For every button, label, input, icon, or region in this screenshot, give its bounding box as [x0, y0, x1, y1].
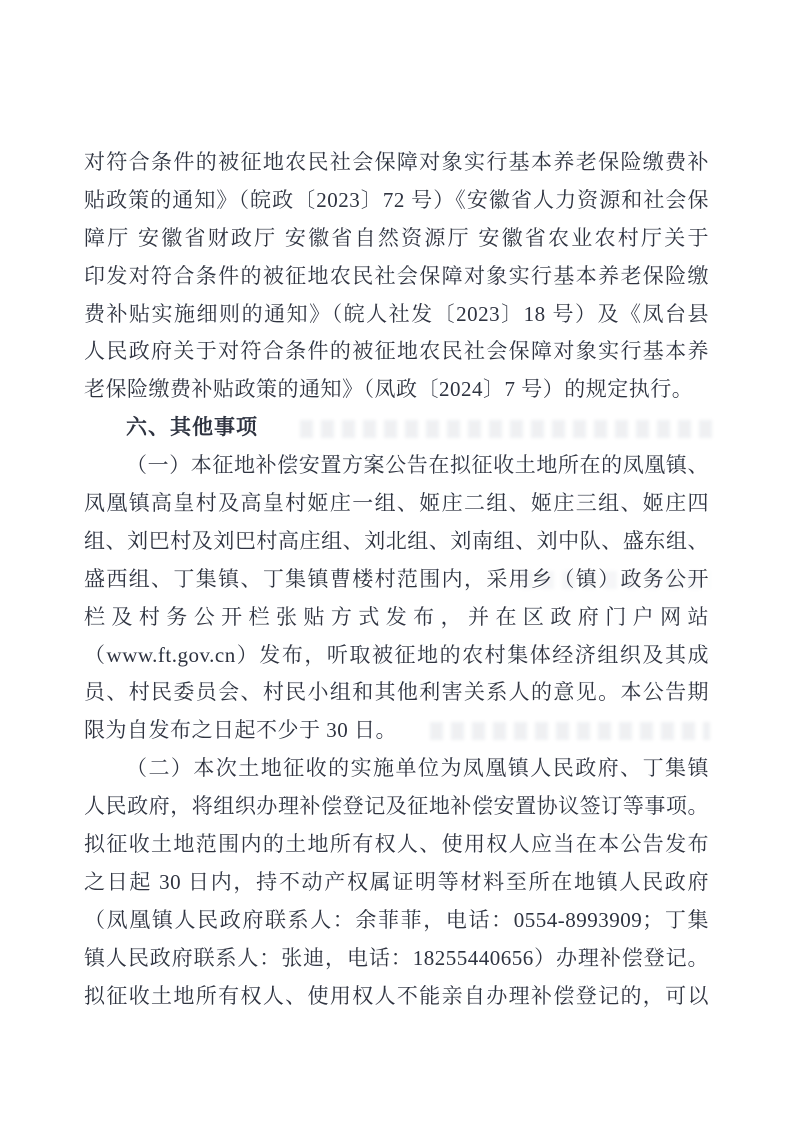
text-line: 镇人民政府联系人：张迪，电话：18255440656）办理补偿登记。	[84, 940, 709, 978]
text-line: 员、村民委员会、村民小组和其他利害关系人的意见。本公告期	[84, 674, 709, 712]
text-line: 栏及村务公开栏张贴方式发布，并在区政府门户网站	[84, 599, 709, 637]
text-line: 拟征收土地范围内的土地所有权人、使用权人应当在本公告发布	[84, 826, 709, 864]
text-line: 盛西组、丁集镇、丁集镇曹楼村范围内，采用乡（镇）政务公开	[84, 561, 709, 599]
section-heading: 六、其他事项	[84, 409, 709, 447]
text-line: 对符合条件的被征地农民社会保障对象实行基本养老保险缴费补	[84, 144, 709, 182]
text-line: 人民政府，将组织办理补偿登记及征地补偿安置协议签订等事项。	[84, 788, 709, 826]
text-line: （二）本次土地征收的实施单位为凤凰镇人民政府、丁集镇	[84, 750, 709, 788]
text-line: 拟征收土地所有权人、使用权人不能亲自办理补偿登记的，可以	[84, 978, 709, 1016]
text-line: 组、刘巴村及刘巴村高庄组、刘北组、刘南组、刘中队、盛东组、	[84, 523, 709, 561]
text-line: 费补贴实施细则的通知》（皖人社发〔2023〕18 号）及《凤台县	[84, 296, 709, 334]
document-text-block: 对符合条件的被征地农民社会保障对象实行基本养老保险缴费补贴政策的通知》（皖政〔2…	[84, 144, 709, 1015]
text-line: （一）本征地补偿安置方案公告在拟征收土地所在的凤凰镇、	[84, 447, 709, 485]
text-line: 老保险缴费补贴政策的通知》（凤政〔2024〕7 号）的规定执行。	[84, 371, 709, 409]
text-line: 障厅 安徽省财政厅 安徽省自然资源厅 安徽省农业农村厅关于	[84, 220, 709, 258]
text-line: 限为自发布之日起不少于 30 日。	[84, 712, 709, 750]
text-line: 印发对符合条件的被征地农民社会保障对象实行基本养老保险缴	[84, 258, 709, 296]
text-line: 凤凰镇高皇村及高皇村姬庄一组、姬庄二组、姬庄三组、姬庄四	[84, 485, 709, 523]
text-line: 之日起 30 日内，持不动产权属证明等材料至所在地镇人民政府	[84, 864, 709, 902]
document-page: 对符合条件的被征地农民社会保障对象实行基本养老保险缴费补贴政策的通知》（皖政〔2…	[0, 0, 793, 1122]
text-line: 人民政府关于对符合条件的被征地农民社会保障对象实行基本养	[84, 333, 709, 371]
text-line: （凤凰镇人民政府联系人：余菲菲，电话：0554-8993909；丁集	[84, 902, 709, 940]
text-line: 贴政策的通知》（皖政〔2023〕72 号）《安徽省人力资源和社会保	[84, 182, 709, 220]
text-line: （www.ft.gov.cn）发布，听取被征地的农村集体经济组织及其成	[84, 637, 709, 675]
